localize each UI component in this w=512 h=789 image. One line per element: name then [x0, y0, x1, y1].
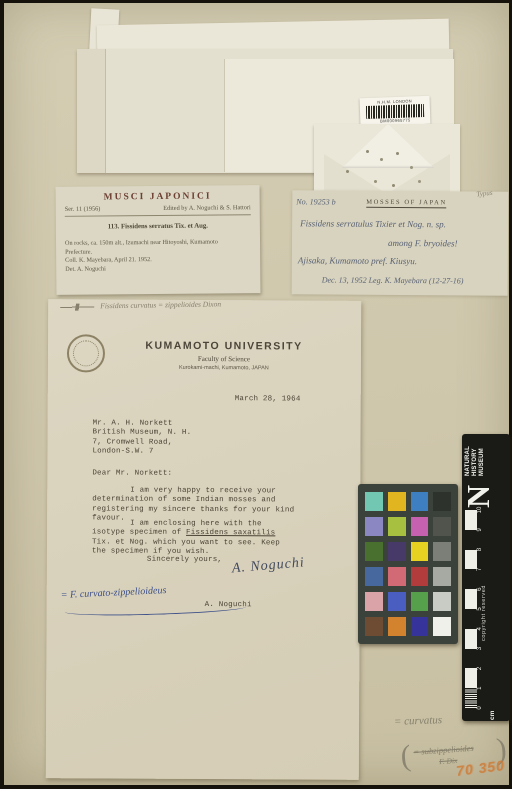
faculty-name: Faculty of Science: [104, 354, 344, 363]
recipient-line: London-S.W. 7: [92, 447, 191, 457]
mosses-of-japan-label: No. 19253 b MOSSES OF JAPAN Typus Fissid…: [292, 190, 509, 296]
letter-closing: Sincerely yours,: [147, 556, 222, 566]
centimetre-block: [465, 550, 477, 570]
ruler-unit-label: cm: [489, 711, 496, 720]
color-swatch: [433, 567, 451, 586]
color-swatch: [365, 617, 383, 636]
label-species-line: 113. Fissidens serratus Tix. et Aug.: [65, 222, 251, 231]
university-name: KUMAMOTO UNIVERSITY: [104, 339, 344, 352]
nhm-wordmark: NATURAL HISTORY MUSEUM: [465, 434, 487, 476]
ruler-number: 0: [477, 702, 483, 714]
color-swatch: [411, 517, 429, 536]
ruler-number: 1: [477, 682, 483, 694]
color-swatch: [433, 542, 451, 561]
ruler-rotated-face: NATURAL HISTORY MUSEUM N copyright reser…: [462, 434, 510, 721]
university-crest: [67, 334, 105, 372]
color-swatch: [365, 517, 383, 536]
color-swatch: [388, 517, 406, 536]
ruler-number: 5: [477, 603, 483, 615]
small-specimen-packet: [314, 124, 460, 196]
color-swatch: [388, 617, 406, 636]
millimetre-hatching: [465, 688, 477, 708]
color-swatch: [433, 617, 451, 636]
handwritten-line: among F. bryoides!: [388, 238, 458, 248]
ruler-number: 2: [477, 662, 483, 674]
handwritten-line: Fissidens serratulus Tixier et Nog. n. s…: [300, 218, 446, 229]
ruler-number: 6: [477, 583, 483, 595]
pencil-scribble: [60, 303, 94, 311]
letter-date: March 28, 1964: [235, 395, 301, 405]
musci-japonici-label: MUSCI JAPONICI Ser. 11 (1956) Edited by …: [56, 185, 261, 295]
letter-line: registering my sincere thanks for your k…: [92, 505, 332, 516]
nhm-scale-ruler: NATURAL HISTORY MUSEUM N copyright reser…: [462, 434, 510, 721]
brand-line: NATURAL: [465, 434, 472, 476]
color-swatch: [411, 492, 429, 511]
ruler-number: 3: [477, 643, 483, 655]
ruler-number: 8: [477, 544, 483, 556]
packet-flap: [342, 124, 434, 168]
color-swatch: [433, 592, 451, 611]
recipient-line: Mr. A. H. Norkett: [93, 419, 192, 429]
centimetre-block: [465, 589, 477, 609]
color-checker-card: [358, 484, 458, 644]
centimetre-block: [465, 668, 477, 688]
color-swatch: [411, 592, 429, 611]
typed-name: A. Noguchi: [205, 601, 252, 611]
label-detail-line: Det. A. Noguchi: [65, 264, 251, 274]
ruler-number: 9: [477, 524, 483, 536]
centimetre-block: [465, 510, 477, 530]
ruler-number: 7: [477, 563, 483, 575]
handwritten-signature: A. Noguchi: [231, 555, 305, 577]
color-swatch: [365, 492, 383, 511]
kumamoto-letter: Fissidens curvatus = zippelioides Dixon …: [46, 299, 362, 780]
brand-line: MUSEUM: [479, 434, 486, 476]
herbarium-sheet: N.H.M. LONDON BM000965775 MUSCI JAPONICI…: [4, 3, 509, 785]
label-title: MUSCI JAPONICI: [65, 191, 251, 203]
label-series: Ser. 11 (1956): [65, 206, 101, 213]
paren-left: (: [400, 739, 412, 774]
letterhead-address: Kurokami-machi, Kumamoto, JAPAN: [104, 364, 344, 371]
letterhead: KUMAMOTO UNIVERSITY Faculty of Science K…: [104, 339, 344, 371]
species-name-underlined: Fissidens saxatilis: [186, 529, 275, 537]
color-swatch: [388, 492, 406, 511]
color-swatch: [388, 542, 406, 561]
brand-line: HISTORY: [472, 434, 479, 476]
color-swatch: [388, 567, 406, 586]
color-swatch: [365, 567, 383, 586]
pencil-annotation-text: Fissidens curvatus = zippelioides Dixon: [100, 299, 221, 310]
handwritten-line: Dec. 13, 1952 Leg. K. Mayebara (12-27-16…: [322, 275, 464, 285]
color-swatch: [388, 592, 406, 611]
color-swatch: [411, 542, 429, 561]
recipient-line: 7, Cromwell Road,: [92, 438, 191, 448]
centimetre-block: [465, 629, 477, 649]
label-editors: Edited by A. Noguchi & S. Hattori: [163, 204, 251, 212]
label-number: No. 19253 b: [296, 197, 335, 206]
ruler-number: 4: [477, 623, 483, 635]
color-swatch: [411, 617, 429, 636]
ruler-number: 10: [477, 504, 483, 516]
typus-pencil-note: Typus: [476, 189, 493, 199]
packet-fold-strip: [77, 49, 106, 173]
moss-fragments: [366, 150, 369, 153]
color-swatch: [411, 567, 429, 586]
recipient-line: British Museum, N. H.: [93, 429, 192, 439]
ink-annotation: = F. curvato-zippelioideus: [61, 585, 167, 601]
letter-line-text: isotype specimen of: [92, 529, 186, 537]
label-title: MOSSES OF JAPAN: [366, 199, 447, 209]
color-swatch: [365, 542, 383, 561]
color-swatch: [433, 492, 451, 511]
barcode-label: N.H.M. LONDON BM000965775: [360, 96, 431, 126]
letter-paragraph-2: I am enclosing here with the isotype spe…: [92, 519, 332, 557]
color-swatch: [365, 592, 383, 611]
recipient-address: Mr. A. H. Norkett British Museum, N. H. …: [92, 419, 191, 457]
handwritten-line: Ajisaka, Kumamoto pref. Kiusyu.: [298, 255, 417, 266]
crossed-out-text: = subzippelioides: [413, 743, 474, 757]
color-swatch: [433, 517, 451, 536]
salutation: Dear Mr. Norkett:: [92, 469, 172, 479]
pencil-name-annotation: = curvatus: [394, 714, 442, 728]
label-divider: [65, 214, 251, 217]
pencil-determination-annotation: Fissidens curvatus = zippelioides Dixon: [60, 299, 221, 311]
